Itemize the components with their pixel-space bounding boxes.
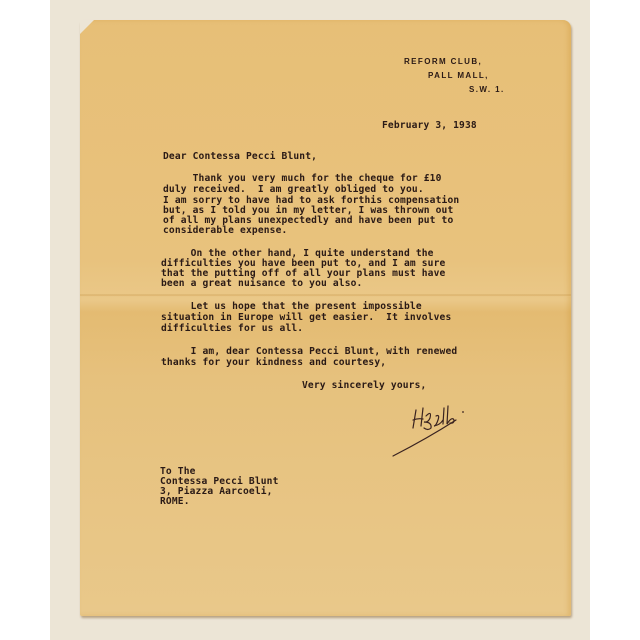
salutation: Dear Contessa Pecci Blunt, bbox=[163, 152, 317, 163]
letter-date: February 3, 1938 bbox=[382, 121, 477, 132]
paragraph-line: duly received. I am greatly obliged to y… bbox=[163, 185, 424, 196]
letterhead-line-2: PALL MALL, bbox=[428, 71, 489, 80]
letterhead-line-3: S.W. 1. bbox=[469, 85, 505, 94]
paragraph-line: difficulties for us all. bbox=[161, 324, 303, 335]
paragraph-line: Let us hope that the present impossible bbox=[161, 302, 422, 313]
paragraph-line: Thank you very much for the cheque for £… bbox=[163, 174, 442, 185]
paragraph-line: been a great nuisance to you also. bbox=[161, 279, 362, 290]
paragraph-line: situation in Europe will get easier. It … bbox=[161, 313, 451, 324]
handwritten-signature bbox=[388, 398, 508, 468]
paragraph-line: considerable expense. bbox=[163, 226, 287, 237]
paragraph-line: I am, dear Contessa Pecci Blunt, with re… bbox=[161, 347, 457, 358]
closing: Very sincerely yours, bbox=[302, 381, 426, 392]
paper-fold-crease bbox=[80, 294, 571, 297]
letterhead-line-1: REFORM CLUB, bbox=[404, 57, 482, 66]
address-line: ROME. bbox=[160, 497, 190, 508]
paragraph-line: thanks for your kindness and courtesy, bbox=[161, 358, 386, 369]
